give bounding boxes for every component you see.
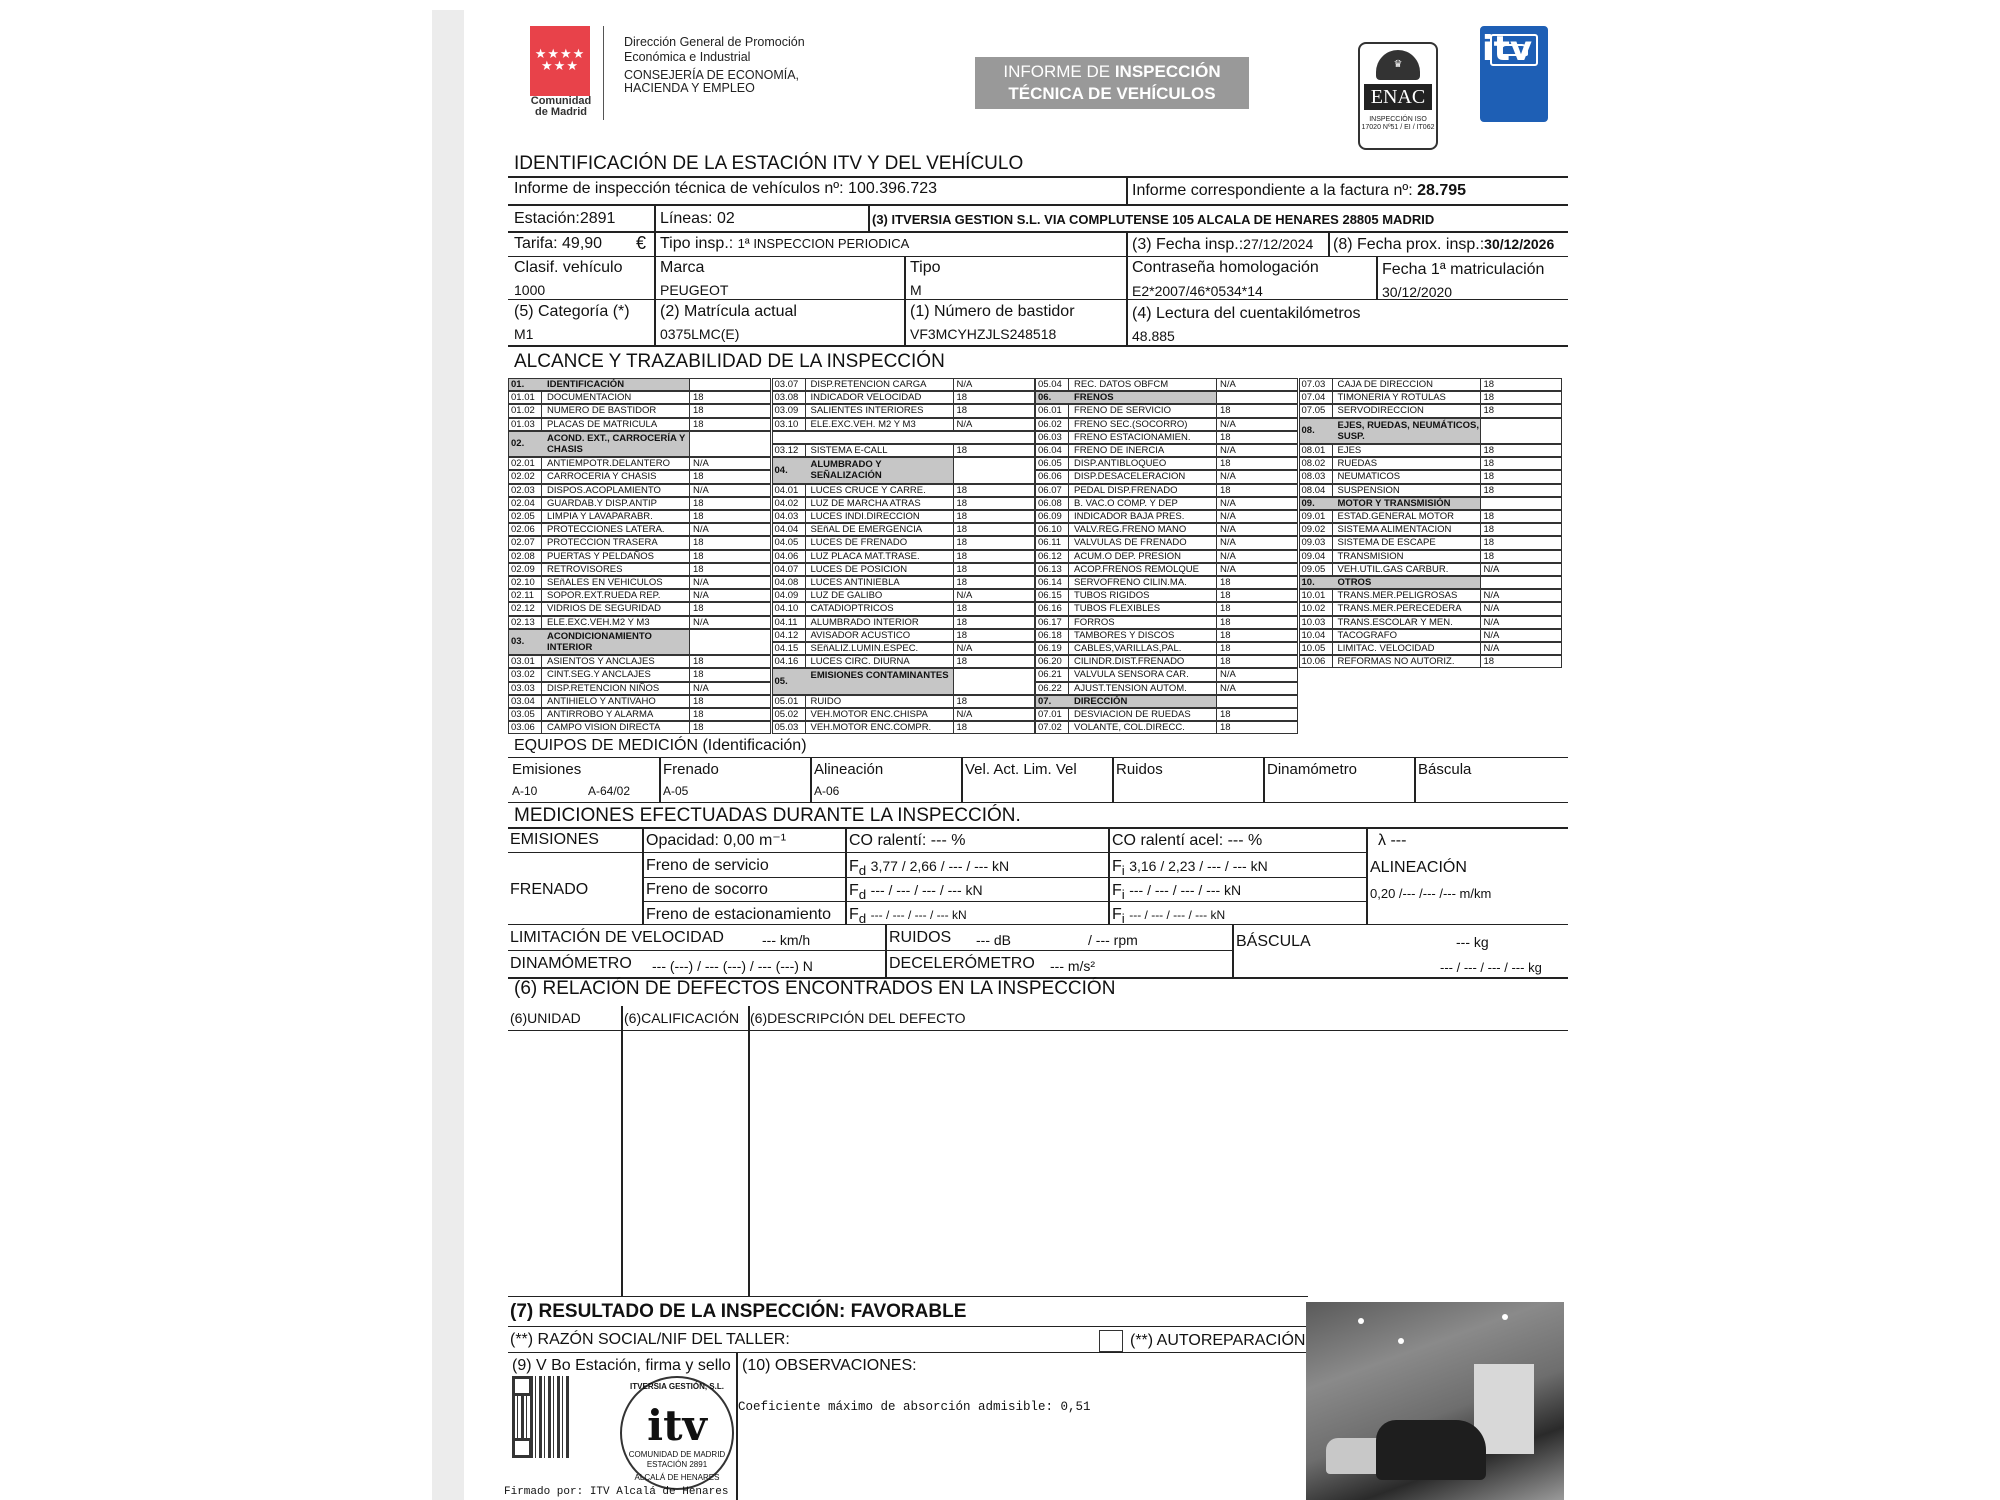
scope-value: 18 [690, 709, 770, 720]
scope-code: 06.06 [1036, 471, 1069, 482]
resultado-status: FAVORABLE [851, 1301, 967, 1322]
scope-value: 18 [1481, 537, 1561, 548]
divider [868, 205, 870, 232]
scope-row: 07.05SERVODIRECCION18 [1299, 404, 1562, 417]
scope-row: 06.04FRENO DE INERCIAN/A [1035, 444, 1298, 457]
scope-code: 10. [1300, 577, 1333, 588]
scope-value [1217, 392, 1297, 403]
scope-code: 06.14 [1036, 577, 1069, 588]
scope-row: 06.18TAMBORES Y DISCOS18 [1035, 629, 1298, 642]
estacion: Estación:2891 [514, 209, 615, 228]
divider [659, 758, 661, 802]
itv-logo: itv [1480, 26, 1548, 122]
frenado-label: FRENADO [510, 880, 588, 899]
section-title-mediciones: MEDICIONES EFECTUADAS DURANTE LA INSPECC… [514, 805, 1021, 827]
equipo-label: Báscula [1418, 760, 1471, 779]
scope-group-header: 04.ALUMBRADO Y SEÑALIZACIÓN [772, 457, 1035, 483]
scope-name: SEñALIZ.LUMIN.ESPEC. [806, 643, 954, 654]
contrasena-label: Contraseña homologación [1132, 258, 1319, 277]
scope-name: TUBOS FLEXIBLES [1069, 603, 1217, 614]
scope-name: TIMONERIA Y ROTULAS [1333, 392, 1481, 403]
scope-value [1481, 498, 1561, 509]
qr-code[interactable] [512, 1376, 570, 1458]
matricula-label: (2) Matrícula actual [660, 302, 797, 321]
scope-code: 02.03 [509, 485, 542, 496]
scope-value: N/A [1217, 564, 1297, 575]
enac-logo: ♛ ENAC INSPECCIÓN ISO 17020 Nº51 / EI / … [1358, 42, 1438, 150]
marca-value: PEUGEOT [660, 282, 728, 298]
scope-code: 06.19 [1036, 643, 1069, 654]
scope-name: LUZ DE GALIBO [806, 590, 954, 601]
scope-code: 05.03 [773, 722, 806, 733]
divider [1366, 828, 1368, 924]
decelerometro-value: --- m/s² [1050, 958, 1095, 974]
equipo-label: Alineación [814, 760, 883, 779]
scope-row: 08.01EJES18 [1299, 444, 1562, 457]
divider [1126, 178, 1128, 204]
scope-name: TACOGRAFO [1333, 630, 1481, 641]
scope-row: 03.04ANTIHIELO Y ANTIVAHO18 [508, 695, 771, 708]
scope-name: VALV.REG.FRENO MANO [1069, 524, 1217, 535]
scope-row: 06.01FRENO DE SERVICIO18 [1035, 404, 1298, 417]
scope-code: 06.21 [1036, 669, 1069, 680]
scope-code: 06.08 [1036, 498, 1069, 509]
divider [1126, 257, 1128, 299]
scope-code: 09.05 [1300, 564, 1333, 575]
scope-name: CINT.SEG.Y ANCLAJES [542, 669, 690, 680]
fi-servicio: Fi 3,16 / 2,23 / --- / --- kN [1112, 857, 1268, 880]
scope-row: 01.01DOCUMENTACION18 [508, 391, 771, 404]
scope-row: 10.06REFORMAS NO AUTORIZ.18 [1299, 655, 1562, 668]
fi-socorro: Fi --- / --- / --- / --- kN [1112, 881, 1241, 904]
scope-row: 04.03LUCES INDI.DIRECCION18 [772, 510, 1035, 523]
scope-code: 02.01 [509, 458, 542, 469]
scope-code: 05.04 [1036, 379, 1069, 390]
scope-row: 04.04SEñAL DE EMERGENCIA18 [772, 523, 1035, 536]
scope-code: 02.13 [509, 617, 542, 628]
scope-name: ACOND. EXT., CARROCERÍA Y CHASIS [542, 432, 690, 456]
section-title-equipos: EQUIPOS DE MEDICIÓN (Identificación) [514, 735, 807, 757]
scope-row: 04.12AVISADOR ACUSTICO18 [772, 629, 1035, 642]
bascula-value: --- kg [1456, 934, 1489, 950]
scope-code: 10.04 [1300, 630, 1333, 641]
scope-name: TUBOS RIGIDOS [1069, 590, 1217, 601]
scope-code: 02. [509, 432, 542, 456]
scope-name: DOCUMENTACION [542, 392, 690, 403]
divider [1414, 758, 1416, 802]
scope-code: 06.04 [1036, 445, 1069, 456]
scope-row: 06.17FORROS18 [1035, 616, 1298, 629]
scope-row: 07.02VOLANTE, COL.DIRECC.18 [1035, 721, 1298, 734]
scope-row: 06.22AJUST.TENSION AUTOM.N/A [1035, 682, 1298, 695]
scope-name: FRENO DE INERCIA [1069, 445, 1217, 456]
scope-code: 03.01 [509, 656, 542, 667]
scope-row: 06.06DISP.DESACELERACIONN/A [1035, 470, 1298, 483]
equipo-label: Ruidos [1116, 760, 1163, 779]
section-title-identificacion: IDENTIFICACIÓN DE LA ESTACIÓN ITV Y DEL … [514, 153, 1023, 175]
scope-row: 02.11SOPOR.EXT.RUEDA REP.N/A [508, 589, 771, 602]
scope-value: 18 [1217, 432, 1297, 443]
scope-name: TAMBORES Y DISCOS [1069, 630, 1217, 641]
scope-name: LIMITAC. VELOCIDAD [1333, 643, 1481, 654]
photo-light [1358, 1318, 1364, 1324]
scope-name: ELE.EXC.VEH. M2 Y M3 [806, 419, 954, 430]
scope-row: 07.04TIMONERIA Y ROTULAS18 [1299, 391, 1562, 404]
divider [508, 231, 1568, 233]
scope-value: 18 [690, 603, 770, 614]
divider [642, 828, 644, 924]
scope-value: 18 [1481, 656, 1561, 667]
scope-code: 01.03 [509, 419, 542, 430]
scope-row: 05.01RUIDO18 [772, 695, 1035, 708]
scope-row: 06.21VALVULA SENSORA CAR.N/A [1035, 668, 1298, 681]
scope-value: 18 [690, 564, 770, 575]
scope-name: PUERTAS Y PELDAÑOS [542, 551, 690, 562]
euro-icon: € [636, 234, 646, 253]
taller-label: (**) RAZÓN SOCIAL/NIF DEL TALLER: [510, 1330, 790, 1349]
scope-code: 06.12 [1036, 551, 1069, 562]
scope-value: 18 [1217, 643, 1297, 654]
scope-code [773, 432, 806, 443]
scope-code: 02.11 [509, 590, 542, 601]
scope-code: 06.16 [1036, 603, 1069, 614]
scope-value: N/A [1217, 445, 1297, 456]
scope-value [1481, 577, 1561, 588]
clasif-label: Clasif. vehículo [514, 258, 623, 277]
divider [654, 257, 656, 345]
scope-code: 06.02 [1036, 419, 1069, 430]
scope-value: 18 [1481, 458, 1561, 469]
scope-row: 09.01ESTAD.GENERAL MOTOR18 [1299, 510, 1562, 523]
scope-code: 08.02 [1300, 458, 1333, 469]
scope-value: 18 [954, 445, 1034, 456]
scope-row: 04.06LUZ PLACA MAT.TRASE.18 [772, 550, 1035, 563]
categoria-value: M1 [514, 326, 533, 342]
scope-row: 02.04GUARDAB.Y DISP.ANTIP18 [508, 497, 771, 510]
scope-value: 18 [690, 471, 770, 482]
scope-value: 18 [1481, 379, 1561, 390]
scope-name: ANTIHIELO Y ANTIVAHO [542, 696, 690, 707]
scope-row: 06.03FRENO ESTACIONAMIEN.18 [1035, 431, 1298, 444]
scope-code: 06.17 [1036, 617, 1069, 628]
scope-name: PLACAS DE MATRICULA [542, 419, 690, 430]
scope-name: SISTEMA DE ESCAPE [1333, 537, 1481, 548]
scope-name: DISPOS.ACOPLAMIENTO [542, 485, 690, 496]
scope-row: 04.09LUZ DE GALIBON/A [772, 589, 1035, 602]
scope-value: 18 [690, 537, 770, 548]
scope-row: 03.01ASIENTOS Y ANCLAJES18 [508, 655, 771, 668]
scope-row: 10.04TACOGRAFON/A [1299, 629, 1562, 642]
divider [904, 257, 906, 299]
scope-name: ACONDICIONAMIENTO INTERIOR [542, 630, 690, 654]
km-label: (4) Lectura del cuentakilómetros [1132, 304, 1361, 323]
scope-group-header: 10.OTROS [1299, 576, 1562, 589]
scope-name: DISP.RETENCION CARGA [806, 379, 954, 390]
dinamometro-label: DINAMÓMETRO [510, 954, 632, 973]
alineacion-label: ALINEACIÓN [1370, 858, 1467, 877]
scope-row: 02.08PUERTAS Y PELDAÑOS18 [508, 550, 771, 563]
freno-socorro-label: Freno de socorro [646, 880, 768, 899]
scope-value: N/A [1481, 643, 1561, 654]
scope-name: VEH.MOTOR ENC.COMPR. [806, 722, 954, 733]
scope-value: 18 [1217, 656, 1297, 667]
scope-name: REC. DATOS OBFCM [1069, 379, 1217, 390]
scope-code: 02.02 [509, 471, 542, 482]
scope-value: 18 [1217, 722, 1297, 733]
scope-value: 18 [1217, 603, 1297, 614]
scope-row: 02.05LIMPIA Y LAVAPARABR.18 [508, 510, 771, 523]
scope-name: LUCES DE POSICION [806, 564, 954, 575]
scope-row: 06.02FRENO SEC.(SOCORRO)N/A [1035, 418, 1298, 431]
scope-value: 18 [954, 498, 1034, 509]
scope-row: 02.03DISPOS.ACOPLAMIENTON/A [508, 484, 771, 497]
scope-value: 18 [954, 524, 1034, 535]
scope-value: 18 [954, 551, 1034, 562]
scope-name: LUCES DE FRENADO [806, 537, 954, 548]
scope-name: ASIENTOS Y ANCLAJES [542, 656, 690, 667]
scope-code: 04.15 [773, 643, 806, 654]
scope-code: 09.04 [1300, 551, 1333, 562]
scope-value: N/A [954, 590, 1034, 601]
scope-name: SOPOR.EXT.RUEDA REP. [542, 590, 690, 601]
scope-name: DIRECCIÓN [1069, 696, 1217, 707]
divider [508, 256, 1568, 257]
firmado-por: Firmado por: ITV Alcalá de Henares [504, 1484, 728, 1500]
scope-value: 18 [954, 564, 1034, 575]
scope-group-header: 08.EJES, RUEDAS, NEUMÁTICOS, SUSP. [1299, 418, 1562, 444]
scope-code: 08.04 [1300, 485, 1333, 496]
scope-value: 18 [1217, 458, 1297, 469]
scope-name: CILINDR.DIST.FRENADO [1069, 656, 1217, 667]
scope-name: INDICADOR VELOCIDAD [806, 392, 954, 403]
scope-code: 08.03 [1300, 471, 1333, 482]
scope-value: 18 [690, 498, 770, 509]
scope-group-header: 03.ACONDICIONAMIENTO INTERIOR [508, 629, 771, 655]
scope-name: ACOP.FRENOS REMOLQUE [1069, 564, 1217, 575]
scope-name: RETROVISORES [542, 564, 690, 575]
scope-code: 04.11 [773, 617, 806, 628]
scope-row: 08.04SUSPENSION18 [1299, 484, 1562, 497]
autoreparacion-label: (**) AUTOREPARACIÓN [1130, 1331, 1305, 1350]
equipo-label: Vel. Act. Lim. Vel [965, 760, 1077, 779]
equipo-label: Frenado [663, 760, 719, 779]
scope-name: FRENOS [1069, 392, 1217, 403]
scope-row: 02.06PROTECCIONES LATERA.N/A [508, 523, 771, 536]
scope-name: FRENO SEC.(SOCORRO) [1069, 419, 1217, 430]
freno-servicio-label: Freno de servicio [646, 856, 769, 875]
scope-row: 06.05DISP.ANTIBLOQUEO18 [1035, 457, 1298, 470]
scope-row: 06.07PEDAL DISP.FRENADO18 [1035, 484, 1298, 497]
divider [508, 827, 1568, 829]
scope-code: 04.05 [773, 537, 806, 548]
scope-row [772, 431, 1035, 444]
scope-name: VALVULA SENSORA CAR. [1069, 669, 1217, 680]
scope-name: ALUMBRADO INTERIOR [806, 617, 954, 628]
scope-row: 10.03TRANS.ESCOLAR Y MEN.N/A [1299, 616, 1562, 629]
scope-value: N/A [1217, 498, 1297, 509]
divider [1126, 232, 1128, 257]
scope-name: LIMPIA Y LAVAPARABR. [542, 511, 690, 522]
divider [654, 232, 656, 257]
contrasena-value: E2*2007/46*0534*14 [1132, 283, 1263, 299]
scope-value: 18 [690, 419, 770, 430]
scope-row: 04.05LUCES DE FRENADO18 [772, 536, 1035, 549]
scope-group-header: 06.FRENOS [1035, 391, 1298, 404]
categoria-label: (5) Categoría (*) [514, 302, 630, 321]
scope-code: 06.01 [1036, 405, 1069, 416]
scope-row: 02.01ANTIEMPOTR.DELANTERON/A [508, 457, 771, 470]
fecha-inspeccion: (3) Fecha insp.:27/12/2024 [1132, 235, 1313, 254]
scope-code: 04.02 [773, 498, 806, 509]
clasif-value: 1000 [514, 282, 545, 298]
scope-code: 06. [1036, 392, 1069, 403]
scope-code: 02.04 [509, 498, 542, 509]
scope-row: 06.09INDICADOR BAJA PRES.N/A [1035, 510, 1298, 523]
scope-value: 18 [1217, 630, 1297, 641]
scope-value: 18 [954, 485, 1034, 496]
equipo-value: A-10 [512, 783, 537, 799]
scope-name: VALVULAS DE FRENADO [1069, 537, 1217, 548]
divider [961, 758, 963, 802]
scope-name: TRANS.MER.PERECEDERA [1333, 603, 1481, 614]
divider [845, 828, 847, 924]
scope-value [954, 669, 1034, 693]
scope-code: 04.01 [773, 485, 806, 496]
scope-row: 09.02SISTEMA ALIMENTACION18 [1299, 523, 1562, 536]
scope-value: N/A [954, 419, 1034, 430]
scope-row: 08.02RUEDAS18 [1299, 457, 1562, 470]
divider [621, 1006, 623, 1296]
scope-value [1217, 696, 1297, 707]
co-ralenti-acel-value: CO ralentí acel: --- % [1112, 831, 1262, 850]
scope-row: 05.03VEH.MOTOR ENC.COMPR.18 [772, 721, 1035, 734]
scope-value [690, 379, 770, 390]
divider [508, 757, 1568, 758]
scope-value: 18 [690, 669, 770, 680]
scope-row: 03.03DISP.RETENCION NIÑOSN/A [508, 682, 771, 695]
scope-value [954, 458, 1034, 482]
scope-code: 03.10 [773, 419, 806, 430]
scope-row: 04.10CATADIOPTRICOS18 [772, 602, 1035, 615]
divider [748, 1006, 750, 1296]
scope-value: N/A [1217, 379, 1297, 390]
scope-code: 07. [1036, 696, 1069, 707]
scope-value: N/A [1217, 419, 1297, 430]
opacidad-value: Opacidad: 0,00 m⁻¹ [646, 831, 786, 850]
tarifa: Tarifa: 49,90 [514, 234, 602, 253]
photo-car [1376, 1420, 1486, 1480]
scope-name: FRENO ESTACIONAMIEN. [1069, 432, 1217, 443]
scope-code: 06.22 [1036, 683, 1069, 694]
scope-row: 04.16LUCES CIRC. DIURNA18 [772, 655, 1035, 668]
scope-value: N/A [690, 590, 770, 601]
scope-value: N/A [1481, 564, 1561, 575]
scope-group-header: 07.DIRECCIÓN [1035, 695, 1298, 708]
scope-code: 06.13 [1036, 564, 1069, 575]
scope-value: 18 [1217, 709, 1297, 720]
scope-name: RUEDAS [1333, 458, 1481, 469]
scope-value: 18 [954, 603, 1034, 614]
scope-name: ELE.EXC.VEH.M2 Y M3 [542, 617, 690, 628]
scope-name: SISTEMA E-CALL [806, 445, 954, 456]
scope-name: VEH.MOTOR ENC.CHISPA [806, 709, 954, 720]
scope-value: 18 [1481, 471, 1561, 482]
page-edge-shadow [432, 10, 464, 1500]
scope-name: NEUMATICOS [1333, 471, 1481, 482]
bastidor-label: (1) Número de bastidor [910, 302, 1075, 321]
divider [810, 758, 812, 802]
fecha-proxima-inspeccion: (8) Fecha prox. insp.:30/12/2026 [1333, 235, 1554, 254]
scope-value [690, 630, 770, 654]
scope-name: SUSPENSION [1333, 485, 1481, 496]
divider [508, 924, 1568, 925]
scope-value: 18 [954, 722, 1034, 733]
scope-row: 03.07DISP.RETENCION CARGAN/A [772, 378, 1035, 391]
scope-code: 09.03 [1300, 537, 1333, 548]
scope-name: GUARDAB.Y DISP.ANTIP [542, 498, 690, 509]
marca-label: Marca [660, 258, 704, 277]
scope-value: 18 [1481, 392, 1561, 403]
scope-value: 18 [1481, 445, 1561, 456]
divider [1108, 828, 1110, 924]
ruidos-label: RUIDOS [889, 928, 951, 947]
scope-name: PROTECCION TRASERA [542, 537, 690, 548]
scope-row: 09.05VEH.UTIL.GAS CARBUR.N/A [1299, 563, 1562, 576]
scope-code: 06.03 [1036, 432, 1069, 443]
matricula-value: 0375LMC(E) [660, 326, 739, 342]
autoreparacion-checkbox[interactable] [1099, 1330, 1123, 1352]
scope-value: 18 [1481, 405, 1561, 416]
scope-name: EJES, RUEDAS, NEUMÁTICOS, SUSP. [1333, 419, 1481, 443]
scope-row: 06.10VALV.REG.FRENO MANON/A [1035, 523, 1298, 536]
scope-code: 03.09 [773, 405, 806, 416]
scope-code: 10.01 [1300, 590, 1333, 601]
divider [1328, 232, 1330, 257]
scope-value: 18 [1481, 524, 1561, 535]
scope-code: 01. [509, 379, 542, 390]
scope-code: 02.12 [509, 603, 542, 614]
scope-code: 04.03 [773, 511, 806, 522]
scope-name: PROTECCIONES LATERA. [542, 524, 690, 535]
scope-group-header: 09.MOTOR Y TRANSMISIÓN [1299, 497, 1562, 510]
scope-name: ACUM.O DEP. PRESION [1069, 551, 1217, 562]
scope-code: 04.16 [773, 656, 806, 667]
col-unidad: (6)UNIDAD [510, 1010, 581, 1026]
scope-name: VIDRIOS DE SEGURIDAD [542, 603, 690, 614]
section-title-defectos: (6) RELACIÓN DE DEFECTOS ENCONTRADOS EN … [514, 978, 1115, 1000]
scope-value [690, 432, 770, 456]
vbo-label: (9) V Bo Estación, firma y sello [512, 1356, 731, 1375]
scope-name: AVISADOR ACUSTICO [806, 630, 954, 641]
scope-code: 03.03 [509, 683, 542, 694]
alineacion-value: 0,20 /--- /--- /--- m/km [1370, 886, 1491, 902]
scope-name: SERVOFRENO CILIN.MA. [1069, 577, 1217, 588]
divider [642, 901, 1366, 902]
scope-code: 03.12 [773, 445, 806, 456]
scope-value: 18 [1481, 511, 1561, 522]
scope-name: LUZ DE MARCHA ATRAS [806, 498, 954, 509]
section-title-alcance: ALCANCE Y TRAZABILIDAD DE LA INSPECCIÓN [514, 351, 945, 373]
department-block: Dirección General de Promoción Económica… [624, 35, 805, 95]
tipo-inspeccion: Tipo insp.: 1ª INSPECCION PERIODICA [660, 234, 909, 253]
scope-value: 18 [954, 617, 1034, 628]
divider [904, 300, 906, 345]
scope-code: 03.07 [773, 379, 806, 390]
scope-value: 18 [1217, 590, 1297, 601]
scope-row: 09.04TRANSMISION18 [1299, 550, 1562, 563]
station-address: (3) ITVERSIA GESTION S.L. VIA COMPLUTENS… [872, 212, 1434, 228]
scope-value: 18 [954, 630, 1034, 641]
